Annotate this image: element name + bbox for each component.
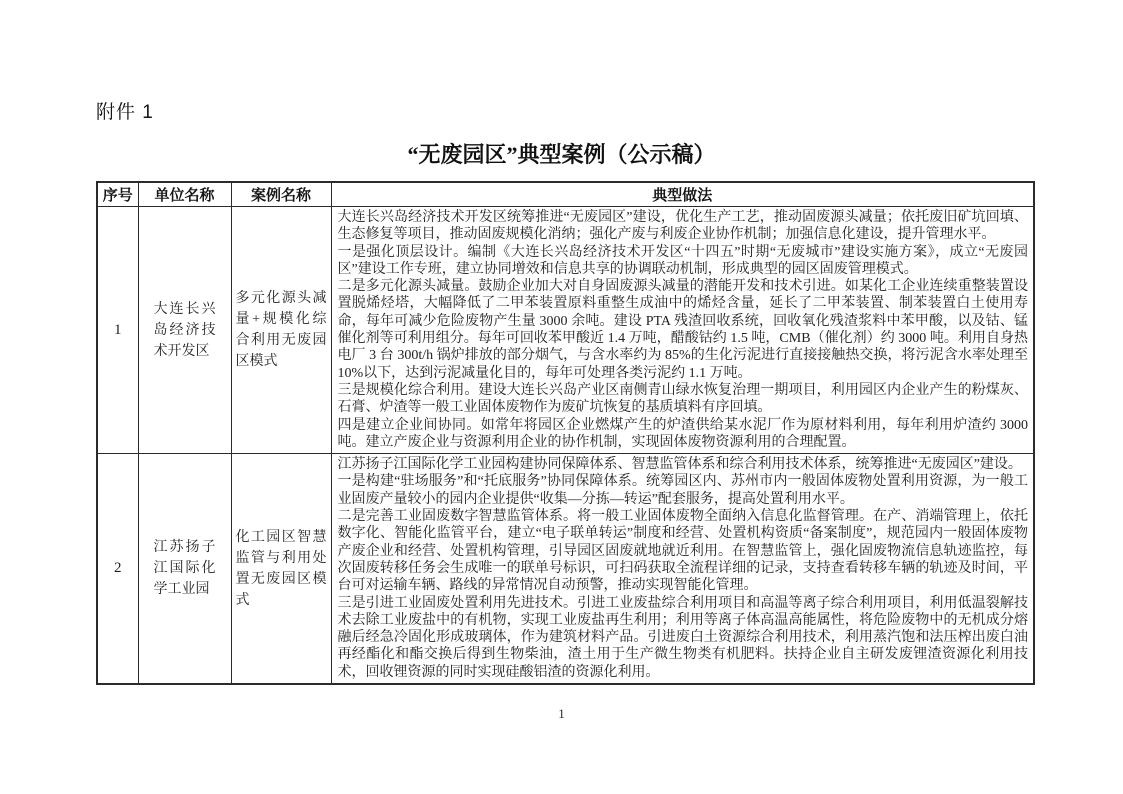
- column-header-case: 案例名称: [231, 182, 331, 207]
- practice-paragraph: 一是构建“驻场服务”和“托底服务”协同保障体系。统筹园区内、苏州市内一般固体废物…: [338, 473, 1029, 508]
- case-name: 多元化源头减量+规模化综合利用无废园区模式: [231, 207, 331, 454]
- column-header-practices: 典型做法: [331, 182, 1034, 207]
- practice-paragraph: 三是规模化综合利用。建设大连长兴岛产业区南侧青山绿水恢复治理一期项目，利用园区内…: [338, 382, 1029, 417]
- practice-paragraph: 大连长兴岛经济技术开发区统筹推进“无废园区”建设，优化生产工艺，推动固废源头减量…: [338, 209, 1029, 244]
- table-header-row: 序号 单位名称 案例名称 典型做法: [97, 182, 1034, 207]
- row-index: 1: [97, 207, 138, 454]
- document-page: 附件 1 “无废园区”典型案例（公示稿） 序号 单位名称 案例名称 典型做法 1…: [0, 0, 1123, 794]
- column-header-unit: 单位名称: [138, 182, 231, 207]
- page-number: 1: [0, 706, 1123, 722]
- unit-name: 大连长兴岛经济技术开发区: [138, 207, 231, 454]
- practice-paragraph: 一是强化顶层设计。编制《大连长兴岛经济技术开发区“十四五”时期“无废城市”建设实…: [338, 244, 1029, 279]
- unit-name: 江苏扬子江国际化学工业园: [138, 454, 231, 684]
- case-name: 化工园区智慧监管与利用处置无废园区模式: [231, 454, 331, 684]
- row-index: 2: [97, 454, 138, 684]
- practice-paragraph: 二是完善工业固废数字智慧监管体系。将一般工业固体废物全面纳入信息化监督管理。在产…: [338, 508, 1029, 594]
- practices-cell: 江苏扬子江国际化学工业园构建协同保障体系、智慧监管体系和综合利用技术体系，统筹推…: [331, 454, 1034, 684]
- page-title: “无废园区”典型案例（公示稿）: [0, 138, 1123, 169]
- attachment-label: 附件 1: [96, 97, 154, 124]
- table-row: 1 大连长兴岛经济技术开发区 多元化源头减量+规模化综合利用无废园区模式 大连长…: [97, 207, 1034, 454]
- column-header-index: 序号: [97, 182, 138, 207]
- practice-paragraph: 二是多元化源头减量。鼓励企业加大对自身固废源头减量的潜能开发和技术引进。如某化工…: [338, 278, 1029, 382]
- practices-cell: 大连长兴岛经济技术开发区统筹推进“无废园区”建设，优化生产工艺，推动固废源头减量…: [331, 207, 1034, 454]
- practice-paragraph: 四是建立企业间协同。如常年将园区企业燃煤产生的炉渣供给某水泥厂作为原材料利用，每…: [338, 417, 1029, 452]
- cases-table: 序号 单位名称 案例名称 典型做法 1 大连长兴岛经济技术开发区 多元化源头减量…: [96, 181, 1035, 685]
- table-row: 2 江苏扬子江国际化学工业园 化工园区智慧监管与利用处置无废园区模式 江苏扬子江…: [97, 454, 1034, 684]
- practice-paragraph: 三是引进工业固废处置利用先进技术。引进工业废盐综合利用项目和高温等离子综合利用项…: [338, 595, 1029, 681]
- practice-paragraph: 江苏扬子江国际化学工业园构建协同保障体系、智慧监管体系和综合利用技术体系，统筹推…: [338, 456, 1029, 473]
